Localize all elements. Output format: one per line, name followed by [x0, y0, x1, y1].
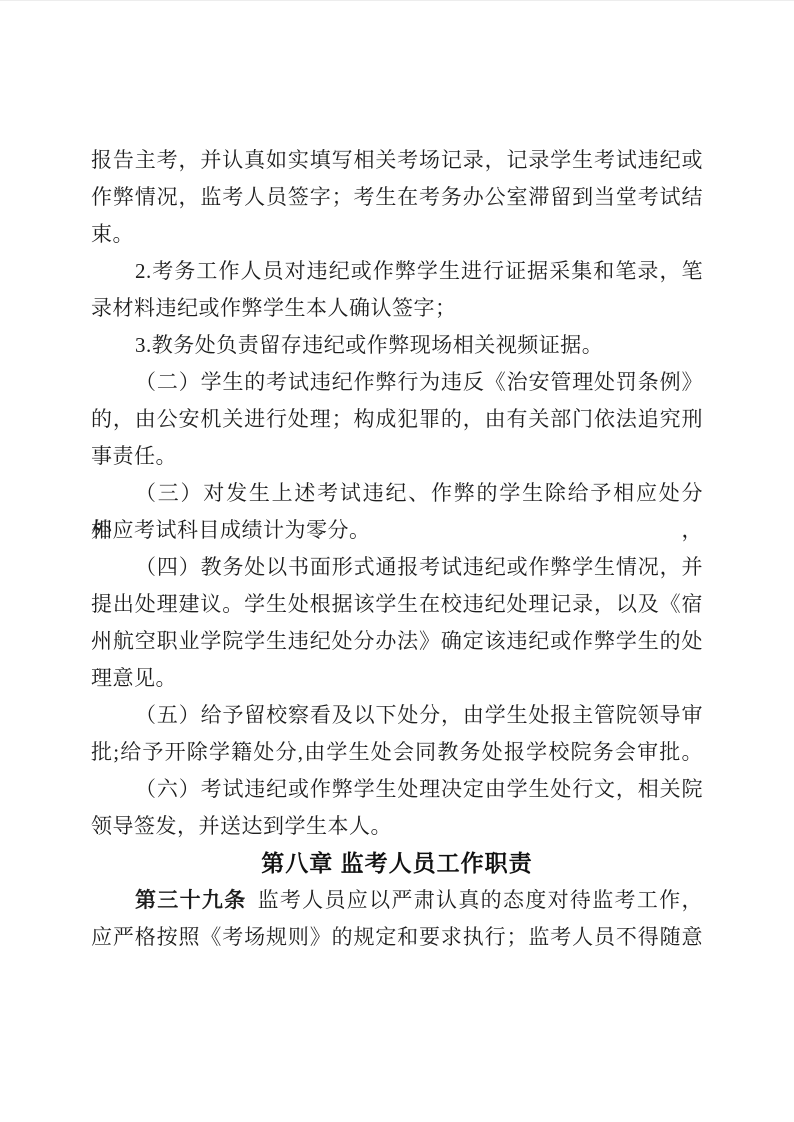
document-line: 州航空职业学院学生违纪处分办法》确定该违纪或作弊学生的处 — [91, 623, 703, 660]
document-line: （三）对发生上述考试违纪、作弊的学生除给予相应处分外， — [91, 475, 703, 512]
document-line: （二）学生的考试违纪作弊行为违反《治安管理处罚条例》 — [91, 364, 703, 401]
document-line: 录材料违纪或作弊学生本人确认签字； — [91, 290, 703, 327]
document-line: 的，由公安机关进行处理；构成犯罪的，由有关部门依法追究刑 — [91, 401, 703, 438]
document-page: 报告主考，并认真如实填写相关考场记录，记录学生考试违纪或 作弊情况，监考人员签字… — [91, 142, 703, 956]
document-line: 作弊情况，监考人员签字；考生在考务办公室滞留到当堂考试结 — [91, 179, 703, 216]
article-first-line-text: 监考人员应以严肃认真的态度对待监考工作， — [258, 888, 703, 912]
article-number-lead: 第三十九条 — [135, 888, 247, 912]
document-line: （六）考试违纪或作弊学生处理决定由学生处行文，相关院 — [91, 771, 703, 808]
document-line: 应严格按照《考场规则》的规定和要求执行；监考人员不得随意 — [91, 919, 703, 956]
document-line: 批;给予开除学籍处分,由学生处会同教务处报学校院务会审批。 — [91, 734, 703, 771]
document-line: 理意见。 — [91, 660, 703, 697]
chapter-heading: 第八章 监考人员工作职责 — [91, 845, 703, 882]
document-line: 2.考务工作人员对违纪或作弊学生进行证据采集和笔录，笔 — [91, 253, 703, 290]
document-line: （四）教务处以书面形式通报考试违纪或作弊学生情况，并 — [91, 549, 703, 586]
document-line: 领导签发，并送达到学生本人。 — [91, 808, 703, 845]
document-line: 束。 — [91, 216, 703, 253]
document-line: 3.教务处负责留存违纪或作弊现场相关视频证据。 — [91, 327, 703, 364]
document-line: 事责任。 — [91, 438, 703, 475]
document-line: 第三十九条监考人员应以严肃认真的态度对待监考工作， — [91, 882, 703, 919]
document-line: 报告主考，并认真如实填写相关考场记录，记录学生考试违纪或 — [91, 142, 703, 179]
document-line: 提出处理建议。学生处根据该学生在校违纪处理记录，以及《宿 — [91, 586, 703, 623]
document-line: （五）给予留校察看及以下处分，由学生处报主管院领导审 — [91, 697, 703, 734]
